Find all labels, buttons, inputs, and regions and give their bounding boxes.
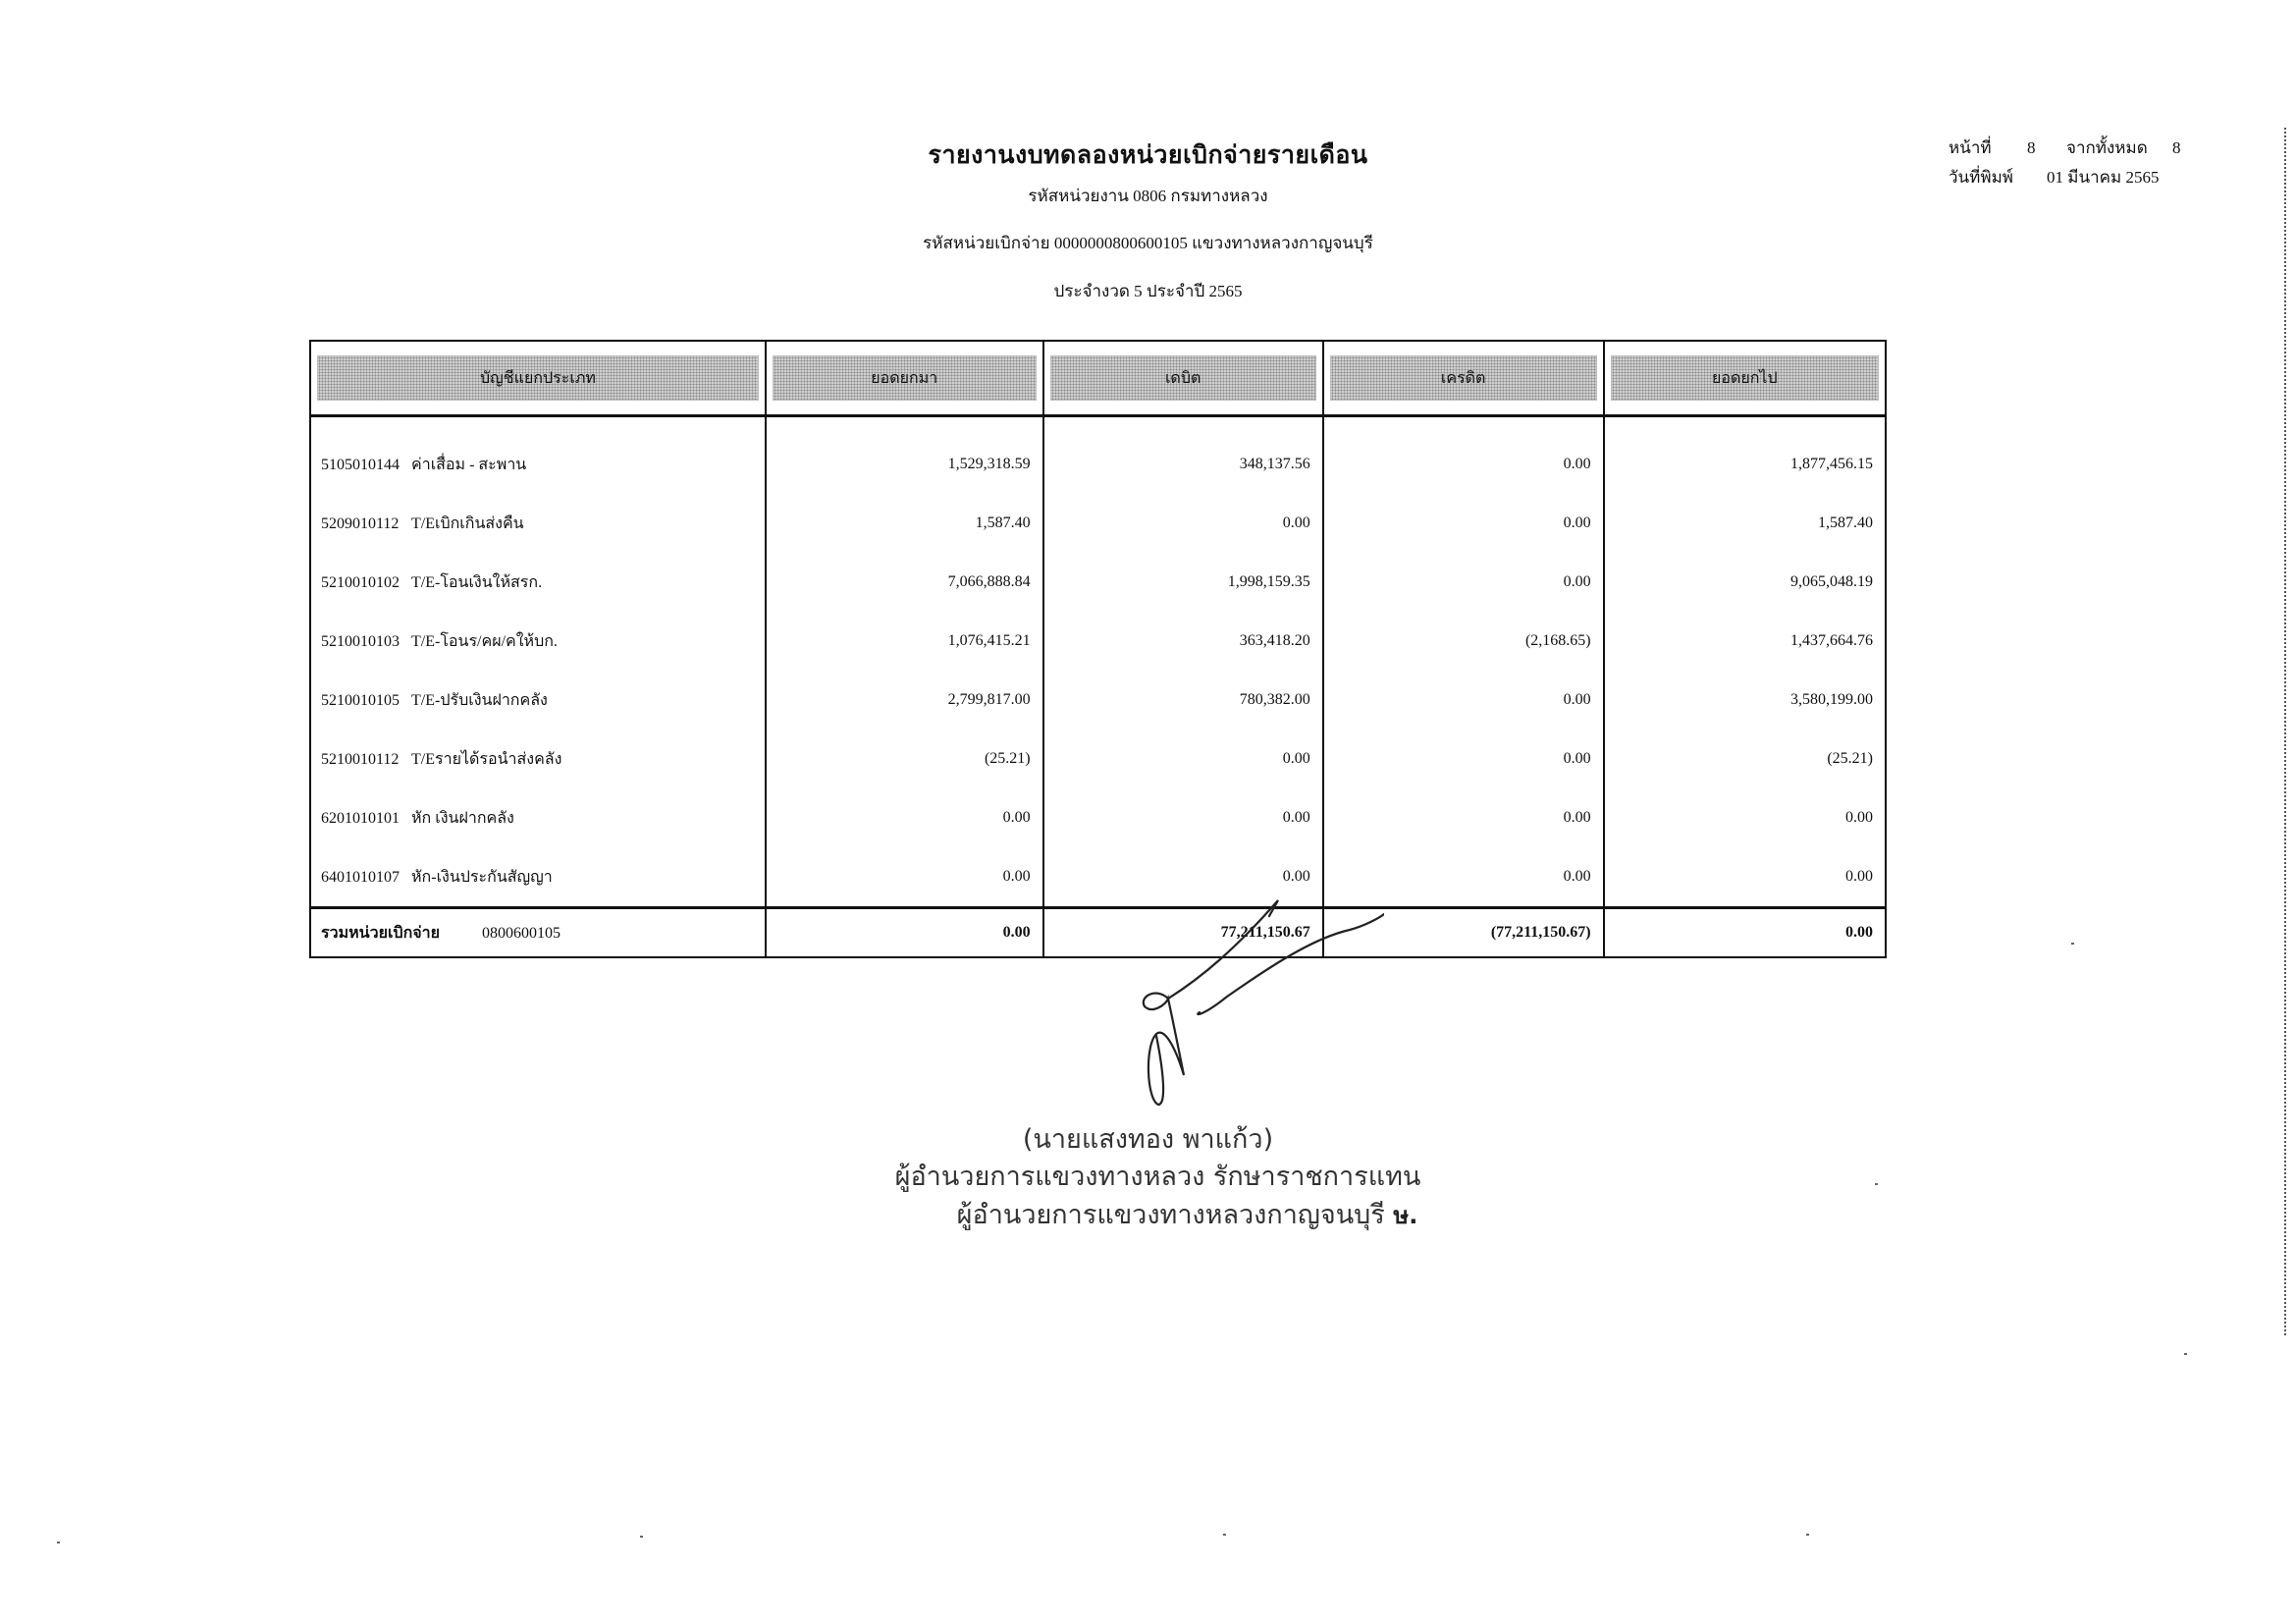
carried-forward-cell: 1,587.40 — [1604, 494, 1886, 553]
credit-cell: 0.00 — [1323, 788, 1604, 847]
col-header-debit: เดบิต — [1043, 341, 1323, 416]
total-unit-code: 0800600105 — [482, 925, 561, 942]
brought-forward-cell: (25.21) — [766, 730, 1043, 788]
signatory-role-text: ผู้อำนวยการแขวงทางหลวงกาญจนบุรี — [957, 1200, 1385, 1230]
debit-cell: 1,998,159.35 — [1043, 553, 1323, 612]
signatory-name: (นายแสงทอง พาแก้ว) — [0, 1117, 2296, 1160]
signatory-role-line-1: ผู้อำนวยการแขวงทางหลวง รักษาราชการแทน — [0, 1155, 2296, 1197]
brought-forward-cell: 7,066,888.84 — [766, 553, 1043, 612]
account-code: 5210010112 — [321, 751, 411, 769]
account-name: T/E-โอนร/คผ/คให้บก. — [411, 633, 558, 650]
brought-forward-cell: 0.00 — [766, 788, 1043, 847]
period-line: ประจำงวด 5 ประจำปี 2565 — [0, 278, 2296, 304]
account-name: T/Eเบิกเกินส่งคืน — [411, 515, 524, 532]
account-code: 5210010102 — [321, 574, 411, 592]
table-row: 5210010102T/E-โอนเงินให้สรก.7,066,888.84… — [310, 553, 1886, 612]
page-number: 8 — [2027, 134, 2066, 163]
debit-cell: 0.00 — [1043, 730, 1323, 788]
total-label-cell: รวมหน่วยเบิกจ่าย 0800600105 — [310, 908, 766, 958]
brought-forward-cell: 1,587.40 — [766, 494, 1043, 553]
total-pages: 8 — [2172, 134, 2181, 163]
account-cell: 5210010102T/E-โอนเงินให้สรก. — [310, 553, 766, 612]
scan-speck — [1875, 1183, 1878, 1185]
carried-forward-cell: 0.00 — [1604, 847, 1886, 908]
table-row: 5210010112T/Eรายได้รอนำส่งคลัง(25.21)0.0… — [310, 730, 1886, 788]
print-date: 01 มีนาคม 2565 — [2047, 163, 2159, 192]
credit-cell: 0.00 — [1323, 730, 1604, 788]
total-carried-forward: 0.00 — [1604, 908, 1886, 958]
carried-forward-cell: 3,580,199.00 — [1604, 671, 1886, 730]
account-name: หัก-เงินประกันสัญญา — [411, 869, 553, 886]
account-code: 5210010103 — [321, 633, 411, 651]
brought-forward-cell: 0.00 — [766, 847, 1043, 908]
handwritten-signature — [1109, 889, 1384, 1114]
total-brought-forward: 0.00 — [766, 908, 1043, 958]
brought-forward-cell: 1,529,318.59 — [766, 416, 1043, 495]
account-name: ค่าเสื่อม - สะพาน — [411, 457, 526, 473]
account-name: หัก เงินฝากคลัง — [411, 810, 514, 827]
account-cell: 5209010112T/Eเบิกเกินส่งคืน — [310, 494, 766, 553]
scan-speck — [640, 1536, 643, 1538]
account-name: T/Eรายได้รอนำส่งคลัง — [411, 751, 561, 768]
debit-cell: 0.00 — [1043, 788, 1323, 847]
total-pages-label: จากทั้งหมด — [2066, 134, 2172, 163]
table-row: 5210010103T/E-โอนร/คผ/คให้บก.1,076,415.2… — [310, 612, 1886, 671]
credit-cell: 0.00 — [1323, 494, 1604, 553]
page-meta: หน้าที่ 8 จากทั้งหมด 8 วันที่พิมพ์ 01 มี… — [1949, 134, 2181, 192]
scan-edge-line — [2284, 128, 2286, 1335]
scan-speck — [2184, 1353, 2187, 1355]
col-header-account: บัญชีแยกประเภท — [310, 341, 766, 416]
total-label: รวมหน่วยเบิกจ่าย — [321, 921, 478, 946]
account-code: 5209010112 — [321, 515, 411, 533]
trial-balance-table: บัญชีแยกประเภท ยอดยกมา เดบิต เครดิต ยอดย… — [309, 340, 1887, 958]
col-header-carried-forward: ยอดยกไป — [1604, 341, 1886, 416]
signatory-role-line-2: ผู้อำนวยการแขวงทางหลวงกาญจนบุรี ษ. — [0, 1193, 2296, 1235]
debit-cell: 363,418.20 — [1043, 612, 1323, 671]
scan-speck — [57, 1542, 60, 1543]
account-cell: 5210010103T/E-โอนร/คผ/คให้บก. — [310, 612, 766, 671]
account-cell: 5210010105T/E-ปรับเงินฝากคลัง — [310, 671, 766, 730]
total-row: รวมหน่วยเบิกจ่าย 0800600105 0.00 77,211,… — [310, 908, 1886, 958]
account-cell: 6201010101หัก เงินฝากคลัง — [310, 788, 766, 847]
account-cell: 5210010112T/Eรายได้รอนำส่งคลัง — [310, 730, 766, 788]
table-header-row: บัญชีแยกประเภท ยอดยกมา เดบิต เครดิต ยอดย… — [310, 341, 1886, 416]
account-name: T/E-ปรับเงินฝากคลัง — [411, 692, 548, 709]
initial-mark: ษ. — [1393, 1202, 1417, 1229]
table-row: 5209010112T/Eเบิกเกินส่งคืน1,587.400.000… — [310, 494, 1886, 553]
carried-forward-cell: 1,877,456.15 — [1604, 416, 1886, 495]
page-label: หน้าที่ — [1949, 134, 2027, 163]
scan-speck — [2071, 943, 2074, 945]
debit-cell: 348,137.56 — [1043, 416, 1323, 495]
scan-speck — [1223, 1534, 1226, 1536]
table-row: 6201010101หัก เงินฝากคลัง0.000.000.000.0… — [310, 788, 1886, 847]
account-code: 6201010101 — [321, 810, 411, 828]
account-code: 5210010105 — [321, 692, 411, 710]
account-cell: 5105010144ค่าเสื่อม - สะพาน — [310, 416, 766, 495]
carried-forward-cell: 9,065,048.19 — [1604, 553, 1886, 612]
table-row: 5210010105T/E-ปรับเงินฝากคลัง2,799,817.0… — [310, 671, 1886, 730]
table-row: 6401010107หัก-เงินประกันสัญญา0.000.000.0… — [310, 847, 1886, 908]
carried-forward-cell: (25.21) — [1604, 730, 1886, 788]
debit-cell: 0.00 — [1043, 494, 1323, 553]
disbursing-unit-line: รหัสหน่วยเบิกจ่าย 0000000800600105 แขวงท… — [0, 230, 2296, 256]
credit-cell: (2,168.65) — [1323, 612, 1604, 671]
account-name: T/E-โอนเงินให้สรก. — [411, 574, 542, 591]
carried-forward-cell: 1,437,664.76 — [1604, 612, 1886, 671]
scan-speck — [1806, 1534, 1809, 1536]
credit-cell: 0.00 — [1323, 553, 1604, 612]
account-cell: 6401010107หัก-เงินประกันสัญญา — [310, 847, 766, 908]
print-date-label: วันที่พิมพ์ — [1949, 163, 2047, 192]
carried-forward-cell: 0.00 — [1604, 788, 1886, 847]
credit-cell: 0.00 — [1323, 416, 1604, 495]
credit-cell: 0.00 — [1323, 671, 1604, 730]
debit-cell: 780,382.00 — [1043, 671, 1323, 730]
brought-forward-cell: 1,076,415.21 — [766, 612, 1043, 671]
brought-forward-cell: 2,799,817.00 — [766, 671, 1043, 730]
account-code: 5105010144 — [321, 457, 411, 474]
col-header-brought-forward: ยอดยกมา — [766, 341, 1043, 416]
table-row: 5105010144ค่าเสื่อม - สะพาน1,529,318.593… — [310, 416, 1886, 495]
col-header-credit: เครดิต — [1323, 341, 1604, 416]
account-code: 6401010107 — [321, 869, 411, 887]
